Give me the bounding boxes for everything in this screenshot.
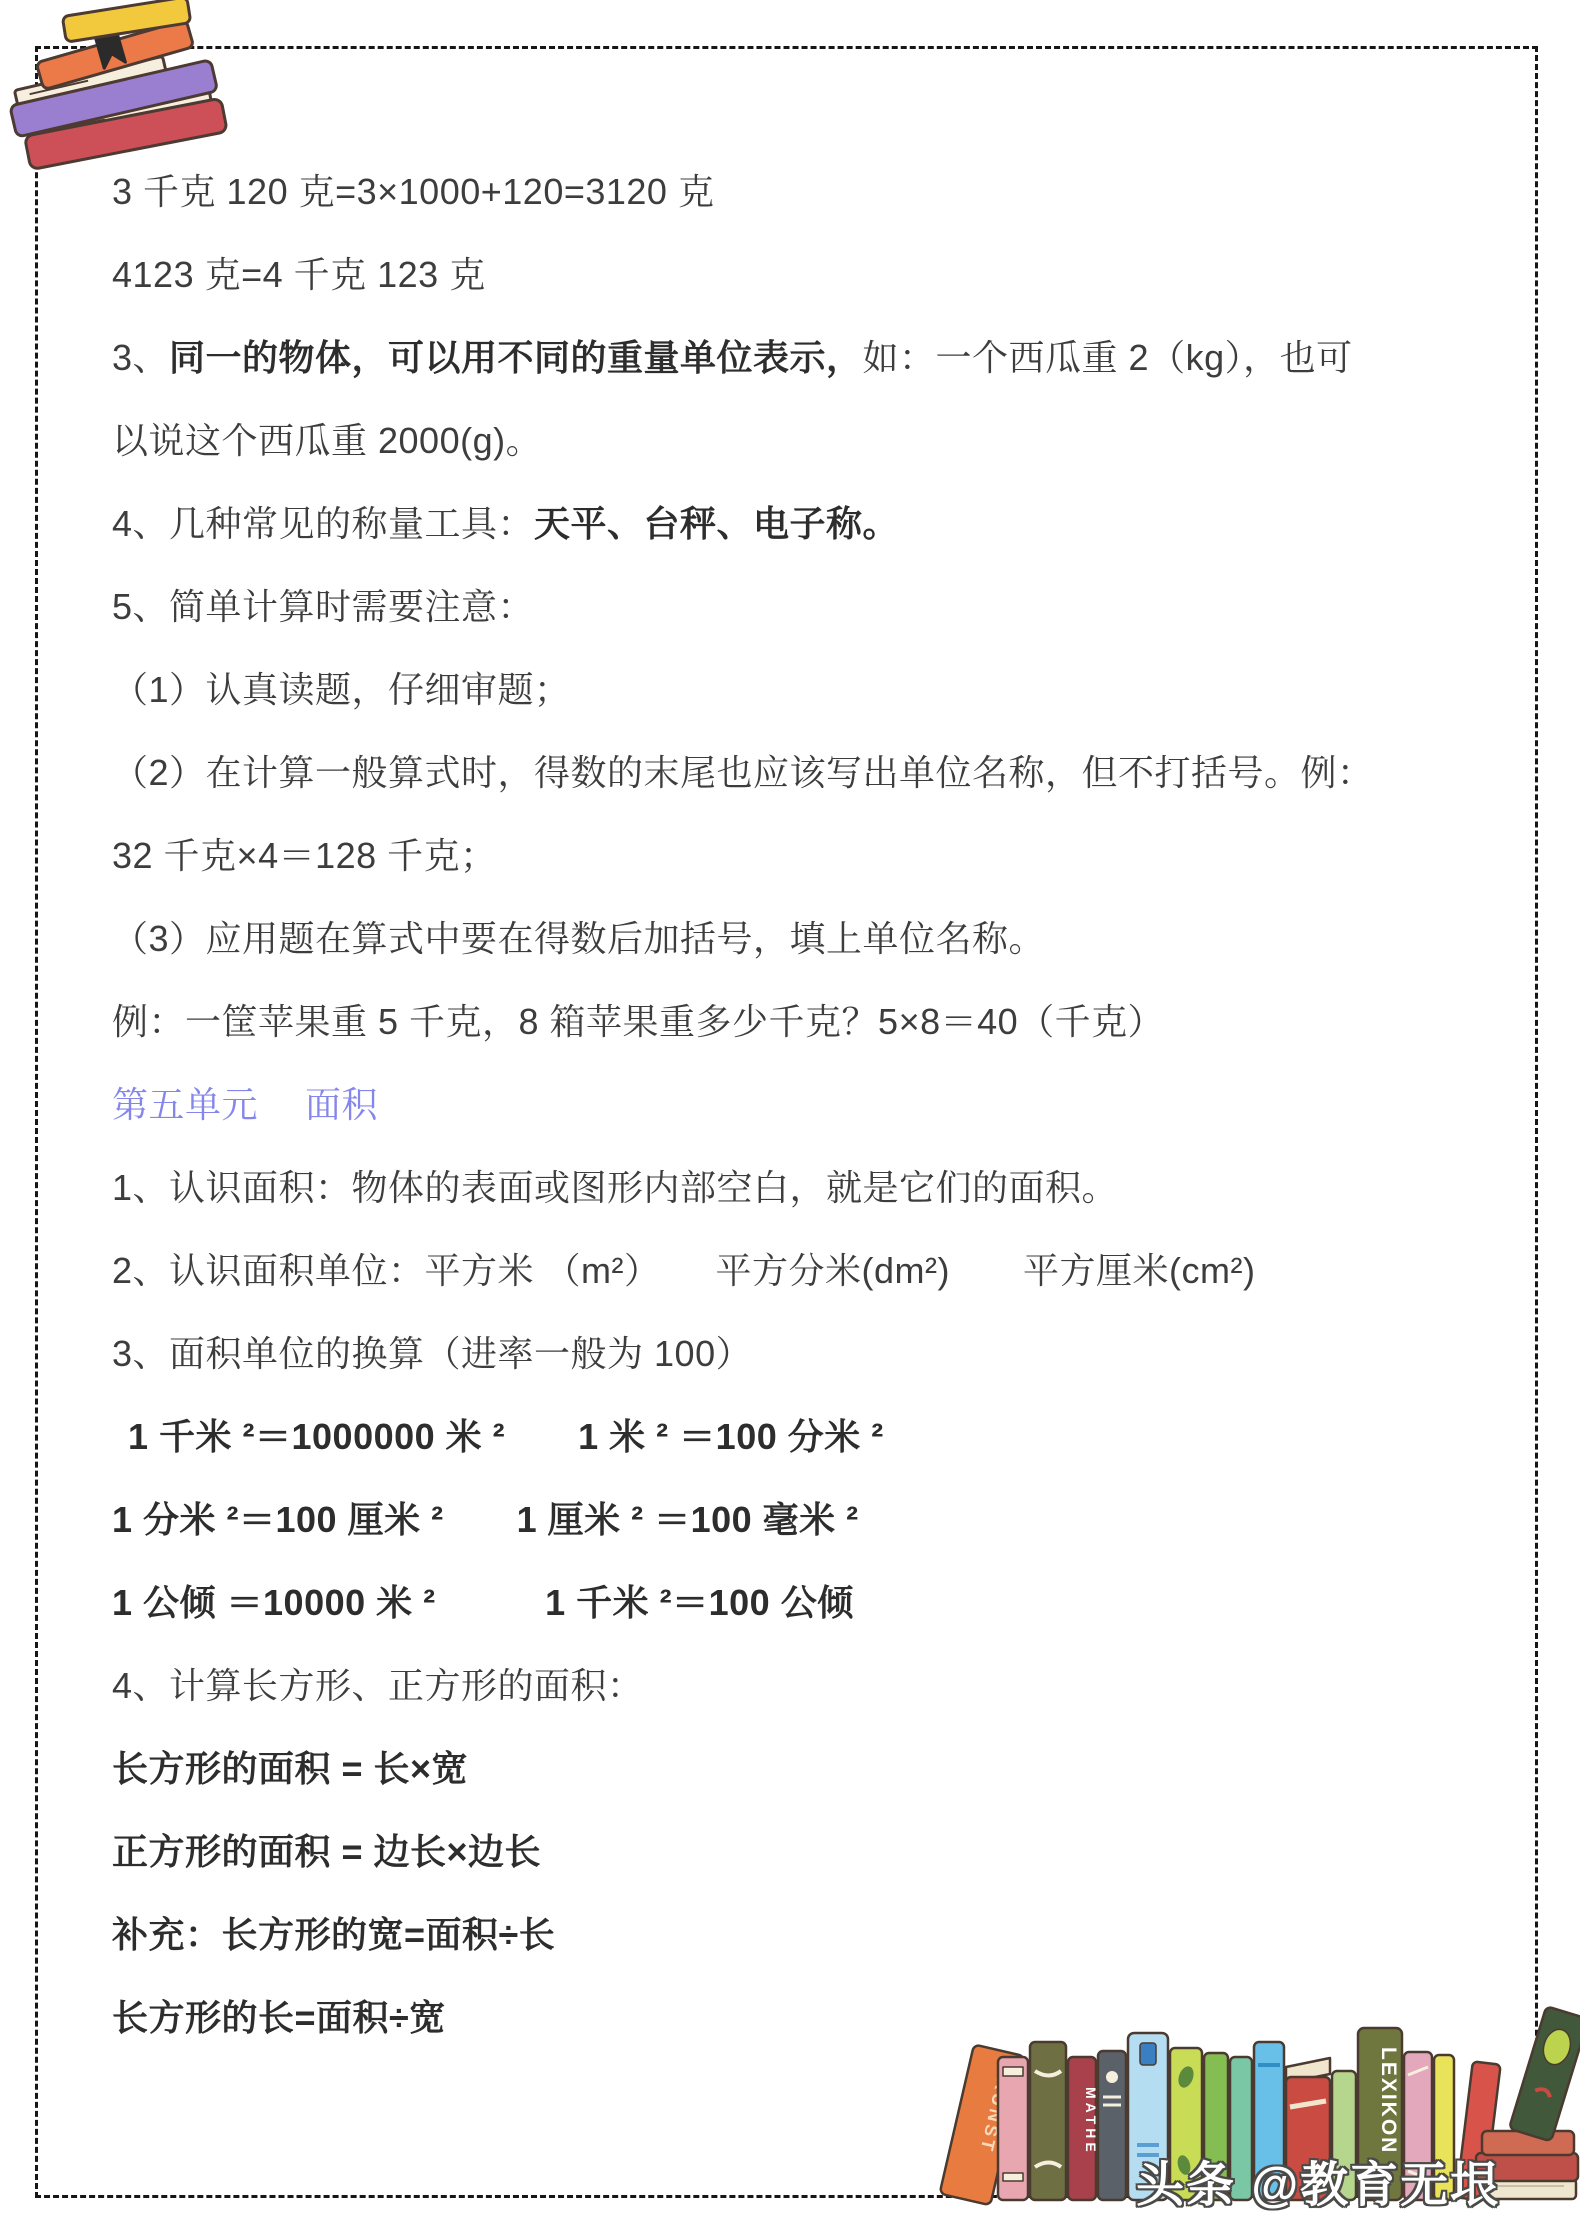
text-segment: （1）认真读题，仔细审题；: [112, 669, 571, 710]
text-line: 4、计算长方形、正方形的面积：: [112, 1644, 1532, 1727]
bold-text-segment: 补充：长方形的宽=面积÷长: [112, 1914, 555, 1955]
bold-text-segment: 1 分米 ²＝100 厘米 ² 1 厘米 ² ＝100 毫米 ²: [112, 1499, 859, 1540]
text-line: 1 千米 ²＝1000000 米 ² 1 米 ² ＝100 分米 ²: [112, 1395, 1532, 1478]
watermark: 头条 @教育无垠: [1136, 2146, 1500, 2215]
bold-text-segment: 长方形的面积 = 长×宽: [112, 1748, 468, 1789]
text-line: 补充：长方形的宽=面积÷长: [112, 1893, 1532, 1976]
text-line: 例：一筐苹果重 5 千克，8 箱苹果重多少千克？5×8＝40（千克）: [112, 980, 1532, 1063]
text-line: 4123 克=4 千克 123 克: [112, 233, 1532, 316]
bold-text-segment: 长方形的长=面积÷宽: [112, 1997, 446, 2038]
text-segment: 1、认识面积：物体的表面或图形内部空白，就是它们的面积。: [112, 1167, 1118, 1208]
text-segment: 例：一筐苹果重 5 千克，8 箱苹果重多少千克？5×8＝40（千克）: [112, 1001, 1164, 1042]
text-segment: 2、认识面积单位：平方米 （m²） 平方分米(dm²) 平方厘米(cm²): [112, 1250, 1255, 1291]
section-heading: 第五单元 面积: [112, 1063, 1532, 1146]
text-segment: 4、几种常见的称量工具：: [112, 503, 534, 544]
text-segment: 4123 克=4 千克 123 克: [112, 254, 486, 295]
text-segment: 以说这个西瓜重 2000(g)。: [112, 420, 542, 461]
text-line: 32 千克×4＝128 千克；: [112, 814, 1532, 897]
stacked-books-illustration: [0, 0, 240, 172]
text-line: 3、同一的物体，可以用不同的重量单位表示，如：一个西瓜重 2（kg），也可: [112, 316, 1532, 399]
document-content: 3 千克 120 克=3×1000+120=3120 克4123 克=4 千克 …: [112, 150, 1532, 2059]
text-line: 长方形的长=面积÷宽: [112, 1976, 1532, 2059]
text-line: 4、几种常见的称量工具：天平、台秤、电子称。: [112, 482, 1532, 565]
text-segment: 3、面积单位的换算（进率一般为 100）: [112, 1333, 752, 1374]
text-line: 3 千克 120 克=3×1000+120=3120 克: [112, 150, 1532, 233]
text-segment: 32 千克×4＝128 千克；: [112, 835, 497, 876]
text-segment: 第五单元 面积: [112, 1084, 378, 1125]
text-segment: 4、计算长方形、正方形的面积：: [112, 1665, 644, 1706]
bold-text-segment: 正方形的面积 = 边长×边长: [112, 1831, 541, 1872]
text-segment: 如：一个西瓜重 2（kg），也可: [863, 337, 1353, 378]
text-line: （1）认真读题，仔细审题；: [112, 648, 1532, 731]
text-line: （3）应用题在算式中要在得数后加括号，填上单位名称。: [112, 897, 1532, 980]
text-segment: 3 千克 120 克=3×1000+120=3120 克: [112, 171, 714, 212]
text-line: 5、简单计算时需要注意：: [112, 565, 1532, 648]
text-line: 以说这个西瓜重 2000(g)。: [112, 399, 1532, 482]
text-line: 长方形的面积 = 长×宽: [112, 1727, 1532, 1810]
text-segment: （3）应用题在算式中要在得数后加括号，填上单位名称。: [112, 918, 1045, 959]
text-line: 1 公倾 ＝10000 米 ² 1 千米 ²＝100 公倾: [112, 1561, 1532, 1644]
text-segment: 5、简单计算时需要注意：: [112, 586, 534, 627]
text-segment: （2）在计算一般算式时，得数的末尾也应该写出单位名称，但不打括号。例：: [112, 752, 1374, 793]
book-label-lexikon: LEXIKON: [1377, 2047, 1400, 2154]
bold-text-segment: 同一的物体，可以用不同的重量单位表示，: [169, 337, 863, 378]
text-line: 3、面积单位的换算（进率一般为 100）: [112, 1312, 1532, 1395]
text-segment: 3、: [112, 337, 169, 378]
content-lines: 3 千克 120 克=3×1000+120=3120 克4123 克=4 千克 …: [112, 150, 1532, 2059]
book-label-mathe: MATHE: [1083, 2087, 1099, 2156]
text-line: 正方形的面积 = 边长×边长: [112, 1810, 1532, 1893]
bold-text-segment: 天平、台秤、电子称。: [534, 503, 899, 544]
text-line: （2）在计算一般算式时，得数的末尾也应该写出单位名称，但不打括号。例：: [112, 731, 1532, 814]
bold-text-segment: 1 公倾 ＝10000 米 ² 1 千米 ²＝100 公倾: [112, 1582, 854, 1623]
text-line: 2、认识面积单位：平方米 （m²） 平方分米(dm²) 平方厘米(cm²): [112, 1229, 1532, 1312]
text-line: 1、认识面积：物体的表面或图形内部空白，就是它们的面积。: [112, 1146, 1532, 1229]
bold-text-segment: 1 千米 ²＝1000000 米 ² 1 米 ² ＝100 分米 ²: [128, 1416, 884, 1457]
text-line: 1 分米 ²＝100 厘米 ² 1 厘米 ² ＝100 毫米 ²: [112, 1478, 1532, 1561]
